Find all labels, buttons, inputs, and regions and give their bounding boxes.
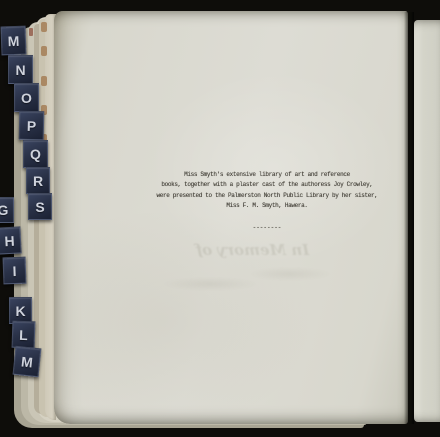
index-tab-g: G [0, 197, 14, 223]
typed-note: Miss Smyth's extensive library of art an… [147, 170, 387, 233]
index-tab-m: M [13, 346, 42, 378]
index-tab-m: M [1, 26, 27, 56]
index-tab-h: H [0, 226, 22, 254]
typed-divider: -------- [147, 223, 387, 233]
index-tab-s: S [28, 193, 52, 220]
tab-attachment-mark [41, 46, 47, 56]
index-tab-r: R [26, 167, 50, 194]
typed-note-line: Miss Smyth's extensive library of art an… [147, 170, 387, 180]
typed-note-line: Miss F. M. Smyth, Hawera. [147, 201, 387, 211]
page-gutter-shadow [404, 12, 414, 424]
typed-note-line: books, together with a plaster cast of t… [147, 180, 387, 190]
index-tab-l: L [12, 321, 36, 349]
index-tab-q: Q [23, 140, 48, 168]
bleedthrough-shadow [150, 258, 350, 298]
tab-attachment-mark [41, 76, 47, 86]
index-tab-n: N [8, 55, 33, 84]
typed-note-line: were presented to the Palmerston North P… [147, 191, 387, 201]
index-tab-o: O [14, 83, 39, 112]
scanned-album-photo: MNOPQRSGHIKLM In Memory of Miss Smyth's … [0, 0, 440, 437]
red-edge-mark [29, 28, 33, 36]
index-tab-i: I [3, 257, 27, 285]
index-tab-p: P [19, 111, 45, 140]
bleedthrough-text: In Memory of [145, 241, 360, 259]
facing-page-edge [414, 20, 440, 422]
tab-attachment-mark [41, 22, 47, 32]
